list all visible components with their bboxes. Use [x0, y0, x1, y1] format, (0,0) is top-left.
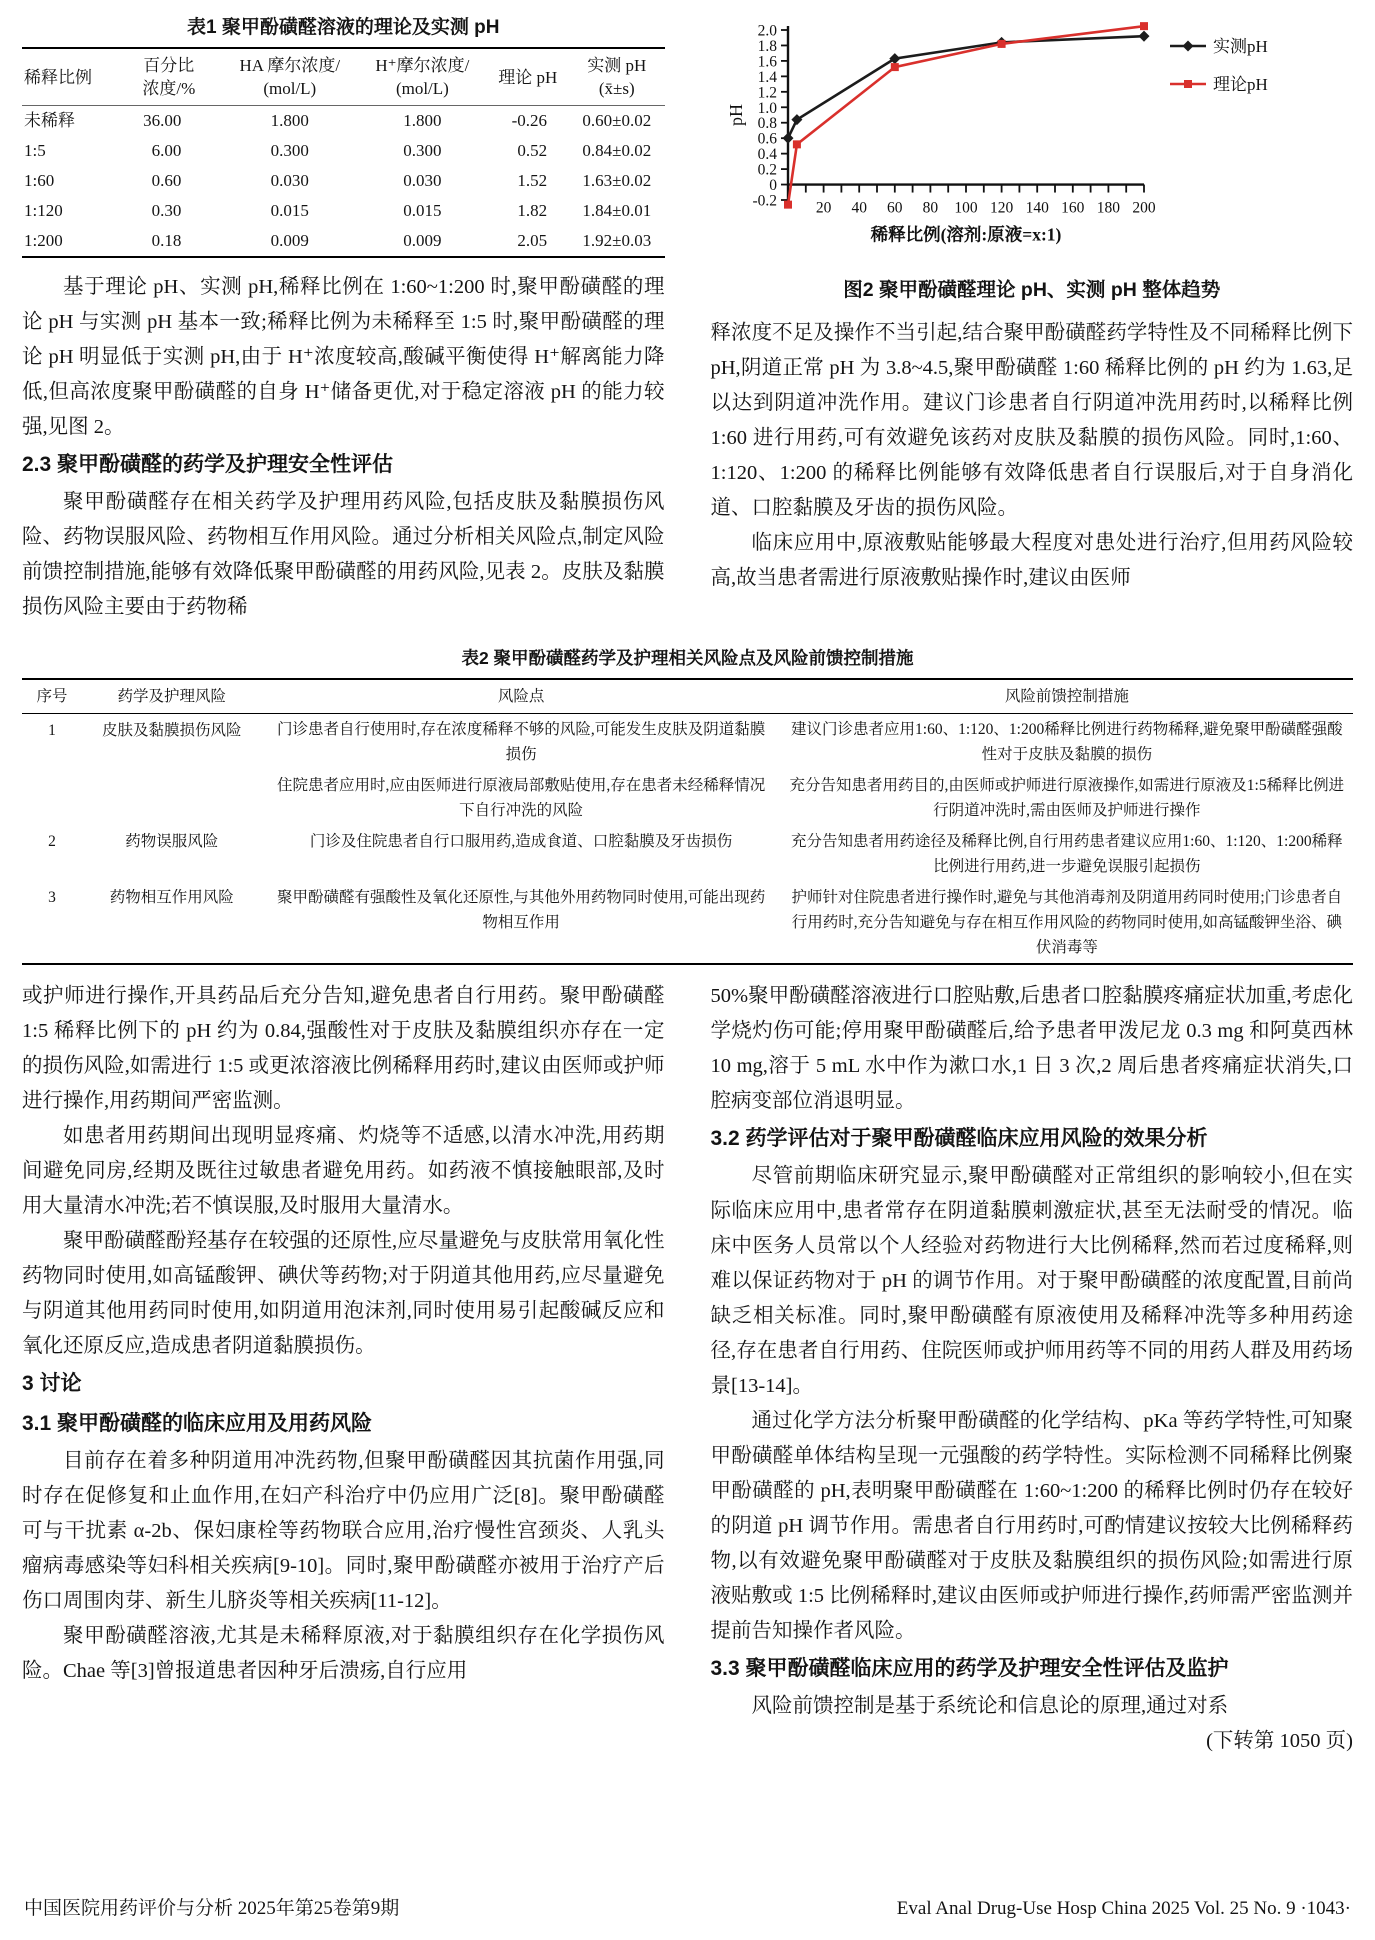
- table-row: 1:200 0.18 0.009 0.009 2.05 1.92±0.03: [22, 226, 665, 257]
- table-cell: 1: [22, 714, 82, 827]
- table2-header-row: 序号 药学及护理风险 风险点 风险前馈控制措施: [22, 679, 1353, 714]
- paragraph: 尽管前期临床研究显示,聚甲酚磺醛对正常组织的影响较小,但在实际临床应用中,患者常…: [711, 1159, 1354, 1404]
- table-cell: 1.800: [221, 106, 358, 137]
- table-cell: 1.92±0.03: [569, 226, 664, 257]
- section-heading-3-2: 3.2 药学评估对于聚甲酚磺醛临床应用风险的效果分析: [711, 1119, 1354, 1159]
- table-cell: 0.030: [358, 166, 486, 196]
- paragraph: 风险前馈控制是基于系统论和信息论的原理,通过对系: [711, 1689, 1354, 1724]
- table1-header: HA 摩尔浓度/ (mol/L): [221, 48, 358, 106]
- table1-header: 百分比 浓度/%: [116, 48, 221, 106]
- table2-header: 序号: [22, 679, 82, 714]
- svg-text:pH: pH: [726, 104, 746, 126]
- table-cell: 0.52: [487, 136, 570, 166]
- table-cell: 2: [22, 826, 82, 882]
- paragraph: 或护师进行操作,开具药品后充分告知,避免患者自行用药。聚甲酚磺醛 1:5 稀释比…: [22, 979, 665, 1119]
- table-cell: 1:60: [22, 166, 116, 196]
- footer-journal-en: Eval Anal Drug-Use Hosp China 2025 Vol. …: [897, 1898, 1351, 1920]
- section-heading-3-3: 3.3 聚甲酚磺醛临床应用的药学及护理安全性评估及监护: [711, 1649, 1354, 1689]
- table-cell: 0.015: [358, 196, 486, 226]
- svg-text:1.2: 1.2: [757, 84, 776, 101]
- table-row: 未稀释 36.00 1.800 1.800 -0.26 0.60±0.02: [22, 106, 665, 137]
- table-cell: 住院患者应用时,应由医师进行原液局部敷贴使用,存在患者未经稀释情况下自行冲洗的风…: [262, 770, 781, 826]
- table-cell: 0.009: [358, 226, 486, 257]
- table-cell: 门诊患者自行使用时,存在浓度稀释不够的风险,可能发生皮肤及阴道黏膜损伤: [262, 714, 781, 771]
- table-cell: 0.300: [221, 136, 358, 166]
- figure2-block: -0.200.20.40.60.81.01.21.41.61.82.0pH204…: [711, 10, 1354, 316]
- svg-text:0: 0: [769, 177, 777, 194]
- table1-header: H⁺摩尔浓度/ (mol/L): [358, 48, 486, 106]
- table2-block: 表2 聚甲酚磺醛药学及护理相关风险点及风险前馈控制措施 序号 药学及护理风险 风…: [22, 639, 1353, 965]
- table-row: 2 药物误服风险 门诊及住院患者自行口服用药,造成食道、口腔黏膜及牙齿损伤 充分…: [22, 826, 1353, 882]
- svg-text:180: 180: [1097, 200, 1121, 217]
- svg-text:实测pH: 实测pH: [1213, 37, 1268, 56]
- paragraph: 聚甲酚磺醛溶液,尤其是未稀释原液,对于黏膜组织存在化学损伤风险。Chae 等[3…: [22, 1619, 665, 1689]
- svg-text:1.8: 1.8: [757, 38, 777, 55]
- svg-text:80: 80: [922, 200, 938, 217]
- paragraph: 聚甲酚磺醛酚羟基存在较强的还原性,应尽量避免与皮肤常用氧化性药物同时使用,如高锰…: [22, 1224, 665, 1364]
- svg-text:1.4: 1.4: [757, 69, 777, 86]
- paragraph: 目前存在着多种阴道用冲洗药物,但聚甲酚磺醛因其抗菌作用强,同时存在促修复和止血作…: [22, 1444, 665, 1619]
- svg-text:60: 60: [887, 200, 903, 217]
- table-cell: 门诊及住院患者自行口服用药,造成食道、口腔黏膜及牙齿损伤: [262, 826, 781, 882]
- table1-header: 实测 pH (x̄±s): [569, 48, 664, 106]
- table-row: 1:60 0.60 0.030 0.030 1.52 1.63±0.02: [22, 166, 665, 196]
- svg-text:稀释比例(溶剂:原液=x:1): 稀释比例(溶剂:原液=x:1): [869, 225, 1061, 245]
- paragraph: 临床应用中,原液敷贴能够最大程度对患处进行治疗,但用药风险较高,故当患者需进行原…: [711, 526, 1354, 596]
- bottom-section: 或护师进行操作,开具药品后充分告知,避免患者自行用药。聚甲酚磺醛 1:5 稀释比…: [22, 979, 1353, 1759]
- paragraph: 通过化学方法分析聚甲酚磺醛的化学结构、pKa 等药学特性,可知聚甲酚磺醛单体结构…: [711, 1404, 1354, 1649]
- table-cell: 药物误服风险: [82, 826, 262, 882]
- table-cell: 0.30: [116, 196, 221, 226]
- table-cell: 0.60±0.02: [569, 106, 664, 137]
- table-cell: 皮肤及黏膜损伤风险: [82, 714, 262, 827]
- table-cell: 1.63±0.02: [569, 166, 664, 196]
- table-cell: 1.52: [487, 166, 570, 196]
- svg-text:40: 40: [851, 200, 867, 217]
- table-cell: -0.26: [487, 106, 570, 137]
- table-cell: 0.009: [221, 226, 358, 257]
- svg-text:1.6: 1.6: [757, 53, 777, 70]
- table-cell: 充分告知患者用药途径及稀释比例,自行用药患者建议应用1:60、1:120、1:2…: [781, 826, 1353, 882]
- table2-header: 风险前馈控制措施: [781, 679, 1353, 714]
- svg-text:0.2: 0.2: [757, 162, 776, 179]
- table2-header: 风险点: [262, 679, 781, 714]
- table-cell: 0.300: [358, 136, 486, 166]
- table-cell: 护师针对住院患者进行操作时,避免与其他消毒剂及阴道用药同时使用;门诊患者自行用药…: [781, 882, 1353, 964]
- figure2-chart: -0.200.20.40.60.81.01.21.41.61.82.0pH204…: [722, 10, 1342, 274]
- table-cell: 药物相互作用风险: [82, 882, 262, 964]
- table-cell: 1.82: [487, 196, 570, 226]
- table-cell: 2.05: [487, 226, 570, 257]
- table1-header: 稀释比例: [22, 48, 116, 106]
- left-column-top: 表1 聚甲酚磺醛溶液的理论及实测 pH 稀释比例 百分比 浓度/% HA 摩尔浓…: [22, 10, 665, 625]
- svg-text:140: 140: [1025, 200, 1049, 217]
- continuation-note: (下转第 1050 页): [711, 1724, 1354, 1759]
- figure2-caption: 图2 聚甲酚磺醛理论 pH、实测 pH 整体趋势: [843, 274, 1220, 302]
- footer-journal-cn: 中国医院用药评价与分析 2025年第25卷第9期: [24, 1893, 399, 1920]
- table1-header: 理论 pH: [487, 48, 570, 106]
- table1-header-row: 稀释比例 百分比 浓度/% HA 摩尔浓度/ (mol/L) H⁺摩尔浓度/ (…: [22, 48, 665, 106]
- paragraph: 如患者用药期间出现明显疼痛、灼烧等不适感,以清水冲洗,用药期间避免同房,经期及既…: [22, 1119, 665, 1224]
- paragraph: 基于理论 pH、实测 pH,稀释比例在 1:60~1:200 时,聚甲酚磺醛的理…: [22, 270, 665, 445]
- svg-text:-0.2: -0.2: [752, 193, 777, 210]
- table-cell: 0.015: [221, 196, 358, 226]
- table-cell: 1:200: [22, 226, 116, 257]
- svg-text:0.8: 0.8: [757, 115, 777, 132]
- section-heading-2-3: 2.3 聚甲酚磺醛的药学及护理安全性评估: [22, 445, 665, 485]
- section-heading-3: 3 讨论: [22, 1364, 665, 1404]
- svg-text:120: 120: [990, 200, 1014, 217]
- table-cell: 0.84±0.02: [569, 136, 664, 166]
- table-row: 1:120 0.30 0.015 0.015 1.82 1.84±0.01: [22, 196, 665, 226]
- table-row: 1 皮肤及黏膜损伤风险 门诊患者自行使用时,存在浓度稀释不够的风险,可能发生皮肤…: [22, 714, 1353, 771]
- right-column-top: -0.200.20.40.60.81.01.21.41.61.82.0pH204…: [711, 10, 1354, 596]
- table1: 稀释比例 百分比 浓度/% HA 摩尔浓度/ (mol/L) H⁺摩尔浓度/ (…: [22, 47, 665, 258]
- table-cell: 1.84±0.01: [569, 196, 664, 226]
- table1-title: 表1 聚甲酚磺醛溶液的理论及实测 pH: [22, 12, 665, 39]
- table2: 序号 药学及护理风险 风险点 风险前馈控制措施 1 皮肤及黏膜损伤风险 门诊患者…: [22, 678, 1353, 965]
- table-cell: 建议门诊患者应用1:60、1:120、1:200稀释比例进行药物稀释,避免聚甲酚…: [781, 714, 1353, 771]
- table-cell: 36.00: [116, 106, 221, 137]
- table-cell: 1:5: [22, 136, 116, 166]
- table2-header: 药学及护理风险: [82, 679, 262, 714]
- table-cell: 未稀释: [22, 106, 116, 137]
- table2-title: 表2 聚甲酚磺醛药学及护理相关风险点及风险前馈控制措施: [22, 645, 1353, 670]
- svg-text:200: 200: [1132, 200, 1156, 217]
- table-cell: 0.030: [221, 166, 358, 196]
- table-cell: 6.00: [116, 136, 221, 166]
- table-row: 3 药物相互作用风险 聚甲酚磺醛有强酸性及氧化还原性,与其他外用药物同时使用,可…: [22, 882, 1353, 964]
- svg-text:1.0: 1.0: [757, 100, 777, 117]
- page-footer: 中国医院用药评价与分析 2025年第25卷第9期 Eval Anal Drug-…: [22, 1883, 1353, 1940]
- top-section: 表1 聚甲酚磺醛溶液的理论及实测 pH 稀释比例 百分比 浓度/% HA 摩尔浓…: [22, 10, 1353, 625]
- paragraph: 聚甲酚磺醛存在相关药学及护理用药风险,包括皮肤及黏膜损伤风险、药物误服风险、药物…: [22, 485, 665, 625]
- svg-text:160: 160: [1061, 200, 1085, 217]
- table-cell: 3: [22, 882, 82, 964]
- right-column-bottom: 50%聚甲酚磺醛溶液进行口腔贴敷,后患者口腔黏膜疼痛症状加重,考虑化学烧灼伤可能…: [711, 979, 1354, 1759]
- section-heading-3-1: 3.1 聚甲酚磺醛的临床应用及用药风险: [22, 1404, 665, 1444]
- svg-text:0.6: 0.6: [757, 131, 777, 148]
- table-cell: 0.18: [116, 226, 221, 257]
- svg-text:0.4: 0.4: [757, 146, 777, 163]
- svg-text:20: 20: [816, 200, 832, 217]
- left-column-bottom: 或护师进行操作,开具药品后充分告知,避免患者自行用药。聚甲酚磺醛 1:5 稀释比…: [22, 979, 665, 1689]
- table1-block: 表1 聚甲酚磺醛溶液的理论及实测 pH 稀释比例 百分比 浓度/% HA 摩尔浓…: [22, 12, 665, 258]
- table-cell: 1.800: [358, 106, 486, 137]
- svg-text:2.0: 2.0: [757, 23, 777, 40]
- table-cell: 聚甲酚磺醛有强酸性及氧化还原性,与其他外用药物同时使用,可能出现药物相互作用: [262, 882, 781, 964]
- paragraph: 释浓度不足及操作不当引起,结合聚甲酚磺醛药学特性及不同稀释比例下 pH,阴道正常…: [711, 316, 1354, 526]
- svg-text:100: 100: [954, 200, 978, 217]
- journal-page: 表1 聚甲酚磺醛溶液的理论及实测 pH 稀释比例 百分比 浓度/% HA 摩尔浓…: [0, 0, 1375, 1940]
- table-cell: 充分告知患者用药目的,由医师或护师进行原液操作,如需进行原液及1:5稀释比例进行…: [781, 770, 1353, 826]
- paragraph: 50%聚甲酚磺醛溶液进行口腔贴敷,后患者口腔黏膜疼痛症状加重,考虑化学烧灼伤可能…: [711, 979, 1354, 1119]
- table-cell: 0.60: [116, 166, 221, 196]
- table-cell: 1:120: [22, 196, 116, 226]
- table-row: 1:5 6.00 0.300 0.300 0.52 0.84±0.02: [22, 136, 665, 166]
- svg-text:理论pH: 理论pH: [1213, 75, 1268, 94]
